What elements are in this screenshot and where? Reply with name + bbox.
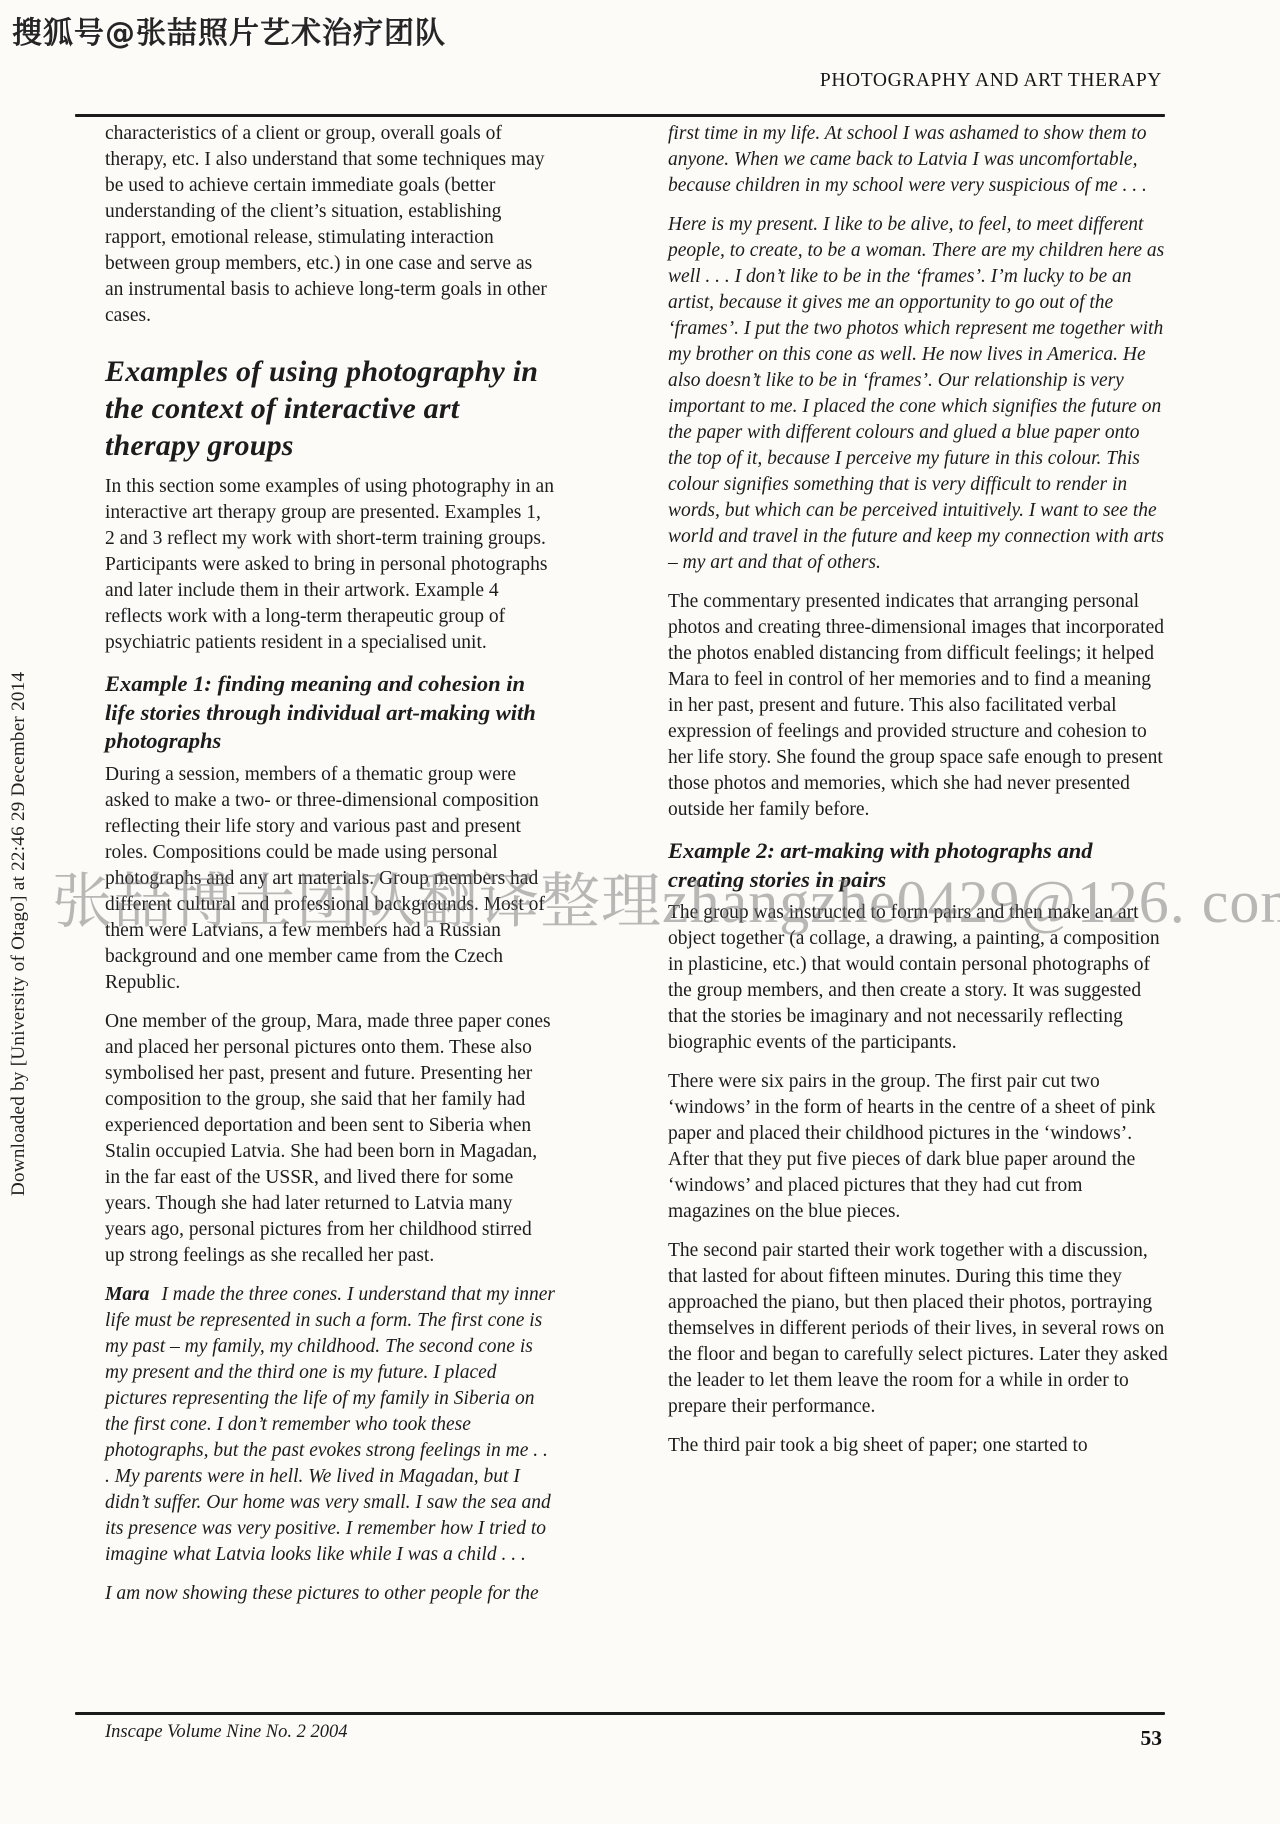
body-paragraph: During a session, members of a thematic … [105,762,555,996]
sohu-stamp-watermark: 搜狐号@张喆照片艺术治疗团队 [12,8,446,52]
journal-citation: Inscape Volume Nine No. 2 2004 [105,1722,348,1743]
footer-rule [75,1712,1165,1715]
page-number: 53 [1141,1726,1163,1751]
body-paragraph: One member of the group, Mara, made thre… [105,1009,555,1269]
example-heading: Example 2: art-making with photographs a… [668,837,1168,894]
example-heading: Example 1: finding meaning and cohesion … [105,670,555,756]
download-stamp: Downloaded by [University of Otago] at 2… [8,672,30,1196]
quote-paragraph: I am now showing these pictures to other… [105,1581,555,1607]
body-paragraph: The third pair took a big sheet of paper… [668,1433,1168,1459]
quote-paragraph: MaraI made the three cones. I understand… [105,1282,555,1568]
header-rule [75,114,1165,117]
body-paragraph: The group was instructed to form pairs a… [668,900,1168,1056]
body-paragraph: In this section some examples of using p… [105,474,555,656]
running-title: PHOTOGRAPHY AND ART THERAPY [820,70,1162,92]
left-column: characteristics of a client or group, ov… [105,121,555,1620]
right-column: first time in my life. At school I was a… [668,121,1168,1472]
speaker-name: Mara [105,1284,161,1305]
body-paragraph: characteristics of a client or group, ov… [105,121,555,329]
journal-page: 搜狐号@张喆照片艺术治疗团队 PHOTOGRAPHY AND ART THERA… [0,0,1280,1824]
quote-paragraph: Here is my present. I like to be alive, … [668,212,1168,576]
body-paragraph: The commentary presented indicates that … [668,589,1168,823]
section-heading: Examples of using photography in the con… [105,353,555,464]
body-paragraph: The second pair started their work toget… [668,1238,1168,1420]
body-paragraph: There were six pairs in the group. The f… [668,1069,1168,1225]
quote-paragraph: first time in my life. At school I was a… [668,121,1168,199]
